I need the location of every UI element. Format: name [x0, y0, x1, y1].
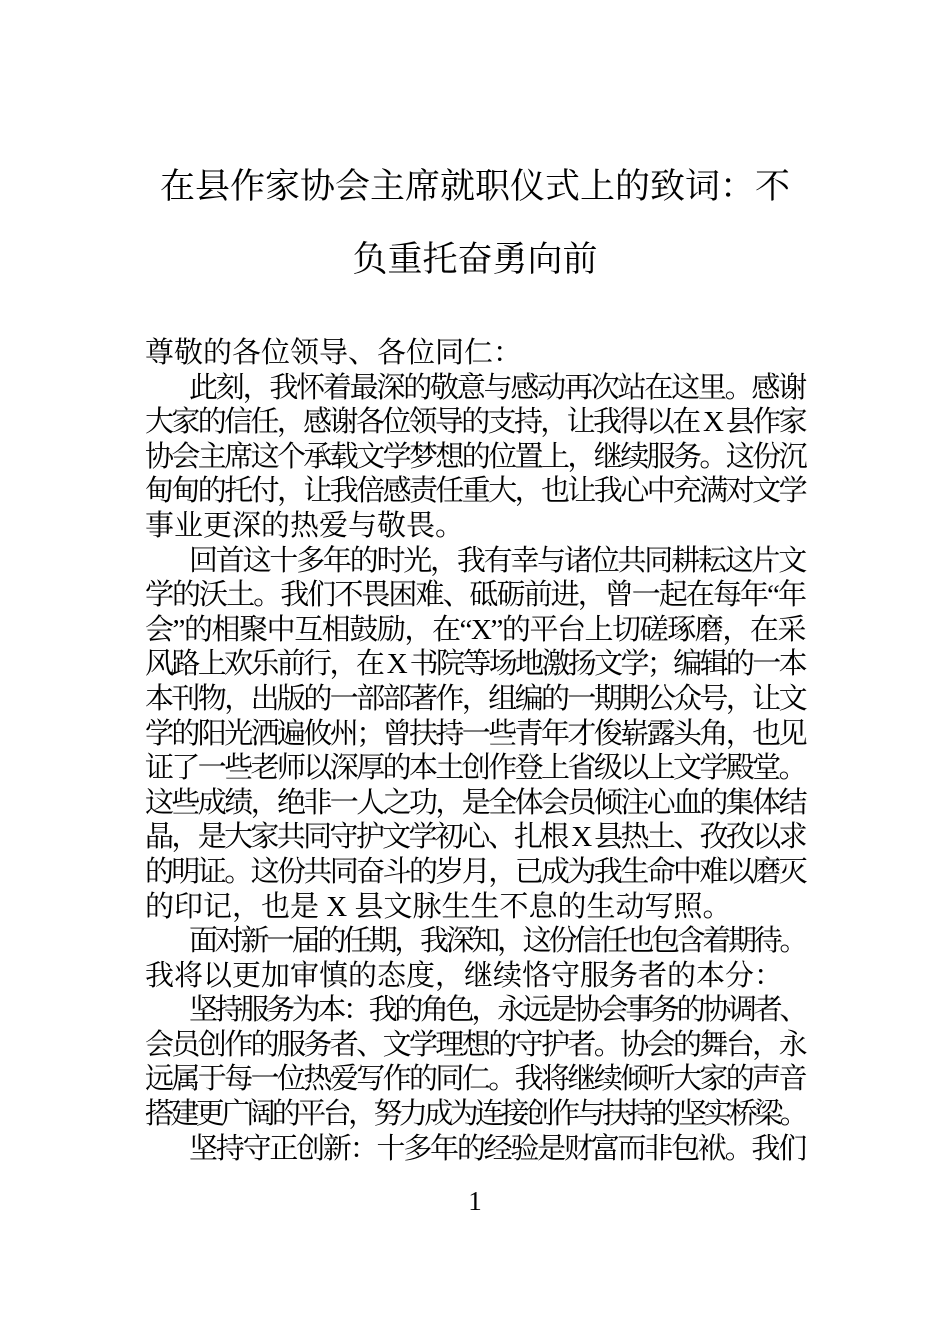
text-line: 证了一些老师以深厚的本土创作登上省级以上文学殿堂。 [145, 751, 805, 786]
page-number: 1 [0, 1186, 950, 1217]
text-line: 搭建更广阔的平台，努力成为连接创作与扶持的坚实桥梁。 [145, 1097, 805, 1132]
text-line: 会员创作的服务者、文学理想的守护者。协会的舞台，永 [145, 1028, 805, 1063]
text-line: 学的沃土。我们不畏困难、砥砺前进，曾一起在每年“年 [145, 578, 805, 613]
text-line: 我将以更加审慎的态度，继续恪守服务者的本分： [145, 959, 805, 994]
text-line: 的明证。这份共同奋斗的岁月，已成为我生命中难以磨灭 [145, 855, 805, 890]
document-body: 尊敬的各位领导、各位同仁：此刻，我怀着最深的敬意与感动再次站在这里。感谢大家的信… [145, 336, 805, 1166]
text-line: 尊敬的各位领导、各位同仁： [145, 336, 805, 371]
document-title-line: 在县作家协会主席就职仪式上的致词：不 [145, 150, 805, 223]
document-page: 在县作家协会主席就职仪式上的致词：不 负重托奋勇向前 尊敬的各位领导、各位同仁：… [0, 0, 950, 1344]
text-line: 晶，是大家共同守护文学初心、扎根 X 县热土、孜孜以求 [145, 820, 805, 855]
text-line: 此刻，我怀着最深的敬意与感动再次站在这里。感谢 [145, 371, 805, 406]
text-line: 事业更深的热爱与敬畏。 [145, 509, 805, 544]
text-line: 大家的信任，感谢各位领导的支持，让我得以在 X 县作家 [145, 405, 805, 440]
text-line: 本刊物，出版的一部部著作，组编的一期期公众号，让文 [145, 682, 805, 717]
text-line: 的印记，也是 X 县文脉生生不息的生动写照。 [145, 890, 805, 925]
text-line: 学的阳光洒遍攸州；曾扶持一些青年才俊崭露头角，也见 [145, 717, 805, 752]
text-line: 这些成绩，绝非一人之功，是全体会员倾注心血的集体结 [145, 786, 805, 821]
text-line: 坚持服务为本：我的角色，永远是协会事务的协调者、 [145, 993, 805, 1028]
document-title: 在县作家协会主席就职仪式上的致词：不 负重托奋勇向前 [145, 150, 805, 296]
text-line: 面对新一届的任期，我深知，这份信任也包含着期待。 [145, 924, 805, 959]
text-line: 会”的相聚中互相鼓励，在“X”的平台上切磋琢磨，在采 [145, 613, 805, 648]
text-line: 风路上欢乐前行，在 X 书院等场地激扬文学；编辑的一本 [145, 647, 805, 682]
text-line: 甸甸的托付，让我倍感责任重大，也让我心中充满对文学 [145, 474, 805, 509]
text-line: 回首这十多年的时光，我有幸与诸位共同耕耘这片文 [145, 544, 805, 579]
text-line: 坚持守正创新：十多年的经验是财富而非包袱。我们 [145, 1132, 805, 1167]
text-line: 协会主席这个承载文学梦想的位置上，继续服务。这份沉 [145, 440, 805, 475]
document-title-line: 负重托奋勇向前 [145, 223, 805, 296]
text-line: 远属于每一位热爱写作的同仁。我将继续倾听大家的声音 [145, 1062, 805, 1097]
